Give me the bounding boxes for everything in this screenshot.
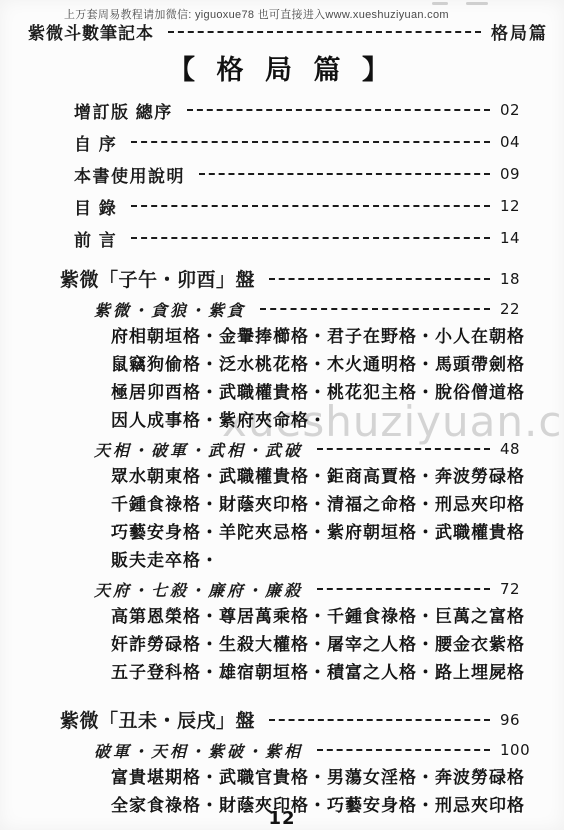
running-header-book-title: 紫微斗數筆記本 [28, 19, 154, 44]
toc-page-number: 04 [500, 133, 546, 151]
toc-entry: 前 言 14 [74, 222, 500, 254]
toc-page-number: 12 [500, 197, 546, 215]
toc-page-number: 96 [500, 711, 546, 729]
header-dash-rule [168, 31, 481, 33]
toc-page-number: 14 [500, 229, 546, 247]
toc-entry-label: 前 言 [74, 226, 117, 251]
pattern-line: 極居卯酉格・武職權貴格・桃花犯主格・脫俗僧道格 [111, 379, 564, 407]
toc-leader [260, 308, 490, 310]
subsection-title: 天府・七殺・廉府・廉殺 [94, 578, 303, 601]
pattern-line: 千鍾食祿格・財蔭夾印格・清福之命格・刑忌夾印格 [111, 491, 564, 519]
toc-entry-label: 目 錄 [74, 194, 117, 219]
pattern-line: 奸詐勞碌格・生殺大權格・屠宰之人格・腰金衣紫格 [111, 631, 564, 659]
toc-entry: 自 序 04 [74, 126, 500, 158]
toc-page-number: 48 [500, 440, 546, 458]
section-title: 紫微「丑未・辰戌」盤 [60, 706, 255, 733]
subsection-heading: 天相・破軍・武相・武破 48 [94, 435, 500, 463]
toc-entry: 增訂版 總序 02 [74, 94, 500, 126]
toc-page-number: 72 [500, 580, 546, 598]
running-header-chapter: 格局篇 [491, 19, 548, 44]
toc-leader [269, 719, 490, 721]
toc-leader [131, 205, 490, 207]
pattern-line: 府相朝垣格・金轝捧櫛格・君子在野格・小人在朝格 [111, 323, 564, 351]
subsection-heading: 天府・七殺・廉府・廉殺 72 [94, 575, 500, 603]
toc-leader [199, 173, 490, 175]
toc-leader [131, 237, 490, 239]
section-heading: 紫微「丑未・辰戌」盤 96 [60, 703, 500, 736]
section-title: 紫微「子午・卯酉」盤 [60, 265, 255, 292]
scan-artifact [432, 2, 448, 5]
pattern-line: 鼠竊狗偷格・泛水桃花格・木火通明格・馬頭帶劍格 [111, 351, 564, 379]
toc-page-number: 18 [500, 270, 546, 288]
subsection-heading: 紫微・貪狼・紫貪 22 [94, 295, 500, 323]
subsection-heading: 破軍・天相・紫破・紫相 100 [94, 736, 500, 764]
toc-entry: 本書使用說明 09 [74, 158, 500, 190]
toc-page-number: 09 [500, 165, 546, 183]
pattern-line: 眾水朝東格・武職權貴格・鉅商高賈格・奔波勞碌格 [111, 463, 564, 491]
front-matter-list: 增訂版 總序 02 自 序 04 本書使用說明 09 目 錄 12 前 言 [0, 94, 564, 254]
toc-page-number: 22 [500, 300, 546, 318]
subsection-title: 天相・破軍・武相・武破 [94, 438, 303, 461]
pattern-line: 全家食祿格・財蔭夾印格・巧藝安身格・刑忌夾印格 [111, 792, 564, 820]
scan-artifact [466, 2, 488, 5]
toc-entry-label: 自 序 [74, 130, 117, 155]
pattern-line: 因人成事格・紫府夾命格・ [111, 407, 564, 435]
toc-leader [187, 109, 490, 111]
pattern-line: 富貴堪期格・武職官貴格・男蕩女淫格・奔波勞碌格 [111, 764, 564, 792]
table-of-contents: 增訂版 總序 02 自 序 04 本書使用說明 09 目 錄 12 前 言 [0, 94, 564, 820]
toc-leader [317, 749, 490, 751]
scanned-book-page: 上万套周易教程请加微信: yiguoxue78 也可直接进入www.xueshu… [0, 0, 564, 830]
toc-entry-label: 本書使用說明 [74, 162, 185, 187]
toc-entry: 目 錄 12 [74, 190, 500, 222]
subsection-title: 破軍・天相・紫破・紫相 [94, 739, 303, 762]
toc-leader [317, 588, 490, 590]
pattern-line: 販夫走卒格・ [111, 547, 564, 575]
toc-leader [131, 141, 490, 143]
toc-leader [269, 278, 490, 280]
toc-leader [317, 448, 490, 450]
toc-page-number: 100 [500, 741, 546, 759]
section-heading: 紫微「子午・卯酉」盤 18 [60, 262, 500, 295]
pattern-line: 五子登科格・雄宿朝垣格・積富之人格・路上埋屍格 [111, 659, 564, 687]
chapter-title: 【 格 局 篇 】 [0, 48, 564, 87]
toc-entry-label: 增訂版 總序 [74, 98, 173, 123]
pattern-line: 高第恩榮格・尊居萬乘格・千鍾食祿格・巨萬之富格 [111, 603, 564, 631]
running-header: 紫微斗數筆記本 格局篇 [28, 19, 548, 44]
pattern-line: 巧藝安身格・羊陀夾忌格・紫府朝垣格・武職權貴格 [111, 519, 564, 547]
subsection-title: 紫微・貪狼・紫貪 [94, 298, 246, 321]
toc-page-number: 02 [500, 101, 546, 119]
